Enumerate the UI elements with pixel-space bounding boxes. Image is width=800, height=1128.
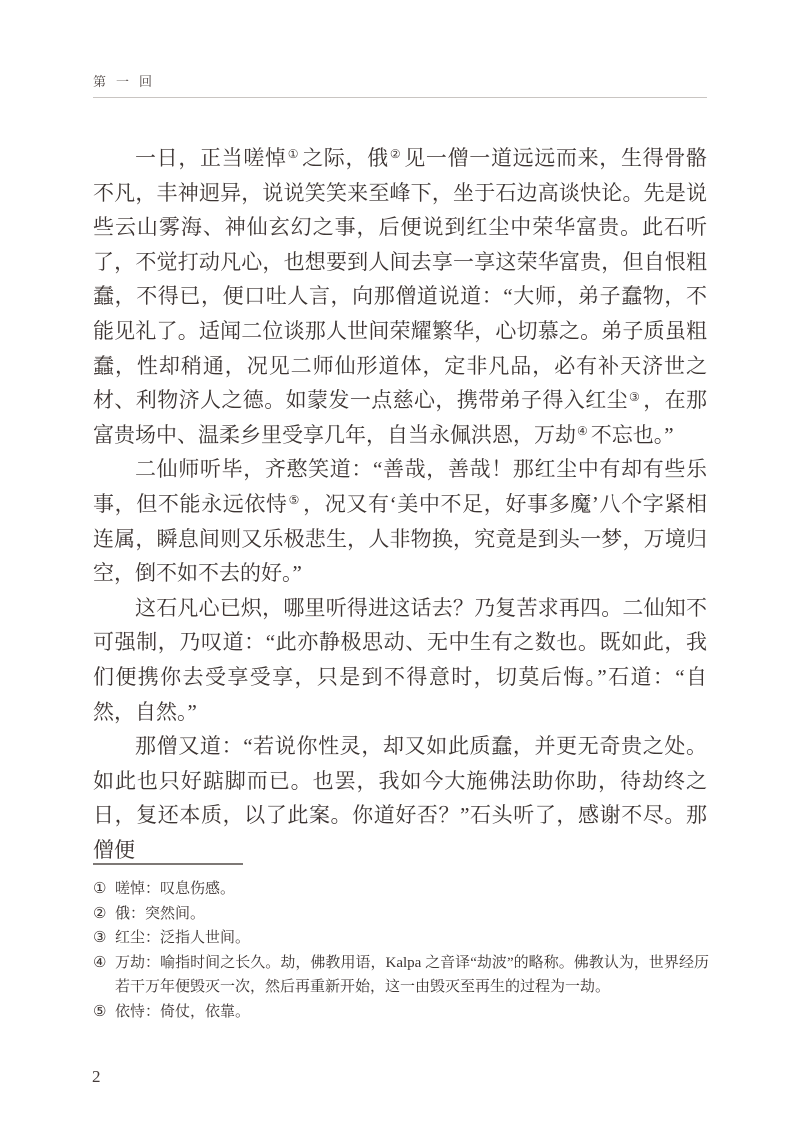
footnote: ①嗟悼：叹息伤感。 bbox=[93, 877, 709, 902]
footnote-mark: ③ bbox=[93, 926, 115, 951]
header-rule bbox=[93, 97, 707, 98]
footnote-mark: ⑤ bbox=[93, 1000, 115, 1025]
paragraph-text: 这石凡心已炽，哪里听得进这话去？乃复苦求再四。二仙知不可强制，乃叹道：“此亦静极… bbox=[93, 596, 707, 724]
page-number: 2 bbox=[92, 1067, 101, 1087]
footnote-mark: ④ bbox=[93, 951, 115, 1000]
paragraph: 一日，正当嗟悼①之际，俄②见一僧一道远远而来，生得骨骼不凡，丰神迥异，说说笑笑来… bbox=[93, 141, 707, 452]
paragraph-text: 之际，俄 bbox=[302, 146, 389, 170]
footnote-ref: ④ bbox=[577, 424, 588, 438]
footnote-mark: ② bbox=[93, 902, 115, 927]
footnote-text: 万劫：喻指时间之长久。劫，佛教用语，Kalpa 之音译“劫波”的略称。佛教认为，… bbox=[115, 951, 709, 1000]
paragraph-text: 那僧又道：“若说你性灵，却又如此质蠢，并更无奇贵之处。如此也只好踮脚而已。也罢，… bbox=[93, 734, 707, 862]
footnotes: ①嗟悼：叹息伤感。②俄：突然间。③红尘：泛指人世间。④万劫：喻指时间之长久。劫，… bbox=[93, 877, 709, 1024]
book-page: 第一回 一日，正当嗟悼①之际，俄②见一僧一道远远而来，生得骨骼不凡，丰神迥异，说… bbox=[0, 0, 800, 1128]
paragraph-text: 一日，正当嗟悼 bbox=[135, 146, 287, 170]
paragraph-text: 不忘也。” bbox=[591, 423, 674, 447]
chapter-header: 第一回 bbox=[93, 71, 162, 90]
footnote-mark: ① bbox=[93, 877, 115, 902]
footnote-separator bbox=[93, 863, 243, 865]
footnote-ref: ③ bbox=[629, 390, 640, 404]
footnote-ref: ⑤ bbox=[289, 493, 300, 507]
footnote-text: 俄：突然间。 bbox=[115, 902, 709, 927]
footnote-text: 嗟悼：叹息伤感。 bbox=[115, 877, 709, 902]
paragraph: 这石凡心已炽，哪里听得进这话去？乃复苦求再四。二仙知不可强制，乃叹道：“此亦静极… bbox=[93, 591, 707, 729]
paragraph: 那僧又道：“若说你性灵，却又如此质蠢，并更无奇贵之处。如此也只好踮脚而已。也罢，… bbox=[93, 729, 707, 867]
footnote-text: 红尘：泛指人世间。 bbox=[115, 926, 709, 951]
footnote: ⑤依恃：倚仗，依靠。 bbox=[93, 1000, 709, 1025]
paragraph: 二仙师听毕，齐憨笑道：“善哉，善哉！那红尘中有却有些乐事，但不能永远依恃⑤，况又… bbox=[93, 452, 707, 590]
footnote: ③红尘：泛指人世间。 bbox=[93, 926, 709, 951]
footnote-ref: ① bbox=[288, 147, 299, 161]
paragraph-text: 见一僧一道远远而来，生得骨骼不凡，丰神迥异，说说笑笑来至峰下，坐于石边高谈快论。… bbox=[93, 146, 707, 412]
body-text: 一日，正当嗟悼①之际，俄②见一僧一道远远而来，生得骨骼不凡，丰神迥异，说说笑笑来… bbox=[93, 141, 707, 867]
footnote: ②俄：突然间。 bbox=[93, 902, 709, 927]
footnote-ref: ② bbox=[390, 147, 401, 161]
footnote: ④万劫：喻指时间之长久。劫，佛教用语，Kalpa 之音译“劫波”的略称。佛教认为… bbox=[93, 951, 709, 1000]
footnote-text: 依恃：倚仗，依靠。 bbox=[115, 1000, 709, 1025]
